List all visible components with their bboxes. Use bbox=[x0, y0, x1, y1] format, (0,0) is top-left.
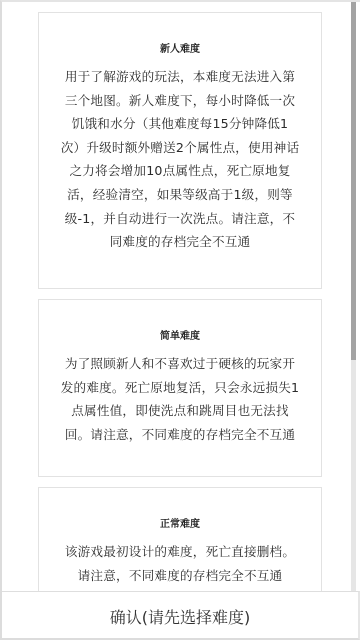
difficulty-card-easy[interactable]: 简单难度 为了照顾新人和不喜欢过于硬核的玩家开 发的难度。死亡原地复活，只会永远… bbox=[38, 299, 322, 477]
description-line: 三个地图。新人难度下，每小时降低一次 bbox=[49, 89, 311, 113]
difficulty-list[interactable]: 新人难度 用于了解游戏的玩法，本难度无法进入第 三个地图。新人难度下，每小时降低… bbox=[2, 2, 356, 592]
difficulty-title: 新人难度 bbox=[39, 43, 321, 57]
bottom-action-bar: 确认(请先选择难度) bbox=[2, 591, 360, 640]
difficulty-title: 正常难度 bbox=[39, 518, 321, 532]
difficulty-card-normal[interactable]: 正常难度 该游戏最初设计的难度，死亡直接删档。 请注意，不同难度的存档完全不互通 bbox=[38, 487, 322, 592]
difficulty-description: 为了照顾新人和不喜欢过于硬核的玩家开 发的难度。死亡原地复活，只会永远损失1 点… bbox=[39, 352, 321, 446]
difficulty-card-newbie[interactable]: 新人难度 用于了解游戏的玩法，本难度无法进入第 三个地图。新人难度下，每小时降低… bbox=[38, 12, 322, 289]
description-line: 同难度的存档完全不互通 bbox=[49, 230, 311, 254]
description-line: 次）升级时额外赠送2个属性点，使用神话 bbox=[49, 136, 311, 160]
description-line: 该游戏最初设计的难度，死亡直接删档。 bbox=[49, 540, 311, 564]
description-line: 请注意，不同难度的存档完全不互通 bbox=[49, 564, 311, 588]
description-line: 之力将会增加10点属性点，死亡原地复 bbox=[49, 159, 311, 183]
description-line: 回。请注意，不同难度的存档完全不互通 bbox=[49, 423, 311, 447]
difficulty-title: 简单难度 bbox=[39, 330, 321, 344]
difficulty-select-screen: 新人难度 用于了解游戏的玩法，本难度无法进入第 三个地图。新人难度下，每小时降低… bbox=[0, 0, 360, 640]
description-line: 点属性值，即使洗点和跳周目也无法找 bbox=[49, 399, 311, 423]
description-line: 发的难度。死亡原地复活，只会永远损失1 bbox=[49, 376, 311, 400]
description-line: 用于了解游戏的玩法，本难度无法进入第 bbox=[49, 65, 311, 89]
description-line: 饥饿和水分（其他难度每15分钟降低1 bbox=[49, 112, 311, 136]
confirm-button[interactable]: 确认(请先选择难度) bbox=[110, 605, 251, 628]
difficulty-description: 该游戏最初设计的难度，死亡直接删档。 请注意，不同难度的存档完全不互通 bbox=[39, 540, 321, 587]
scrollbar[interactable] bbox=[351, 2, 356, 592]
description-line: 活，经验清空，如果等级高于1级，则等 bbox=[49, 183, 311, 207]
difficulty-description: 用于了解游戏的玩法，本难度无法进入第 三个地图。新人难度下，每小时降低一次 饥饿… bbox=[39, 65, 321, 254]
description-line: 级-1，并自动进行一次洗点。请注意，不 bbox=[49, 207, 311, 231]
scrollbar-thumb[interactable] bbox=[351, 2, 356, 360]
description-line: 为了照顾新人和不喜欢过于硬核的玩家开 bbox=[49, 352, 311, 376]
